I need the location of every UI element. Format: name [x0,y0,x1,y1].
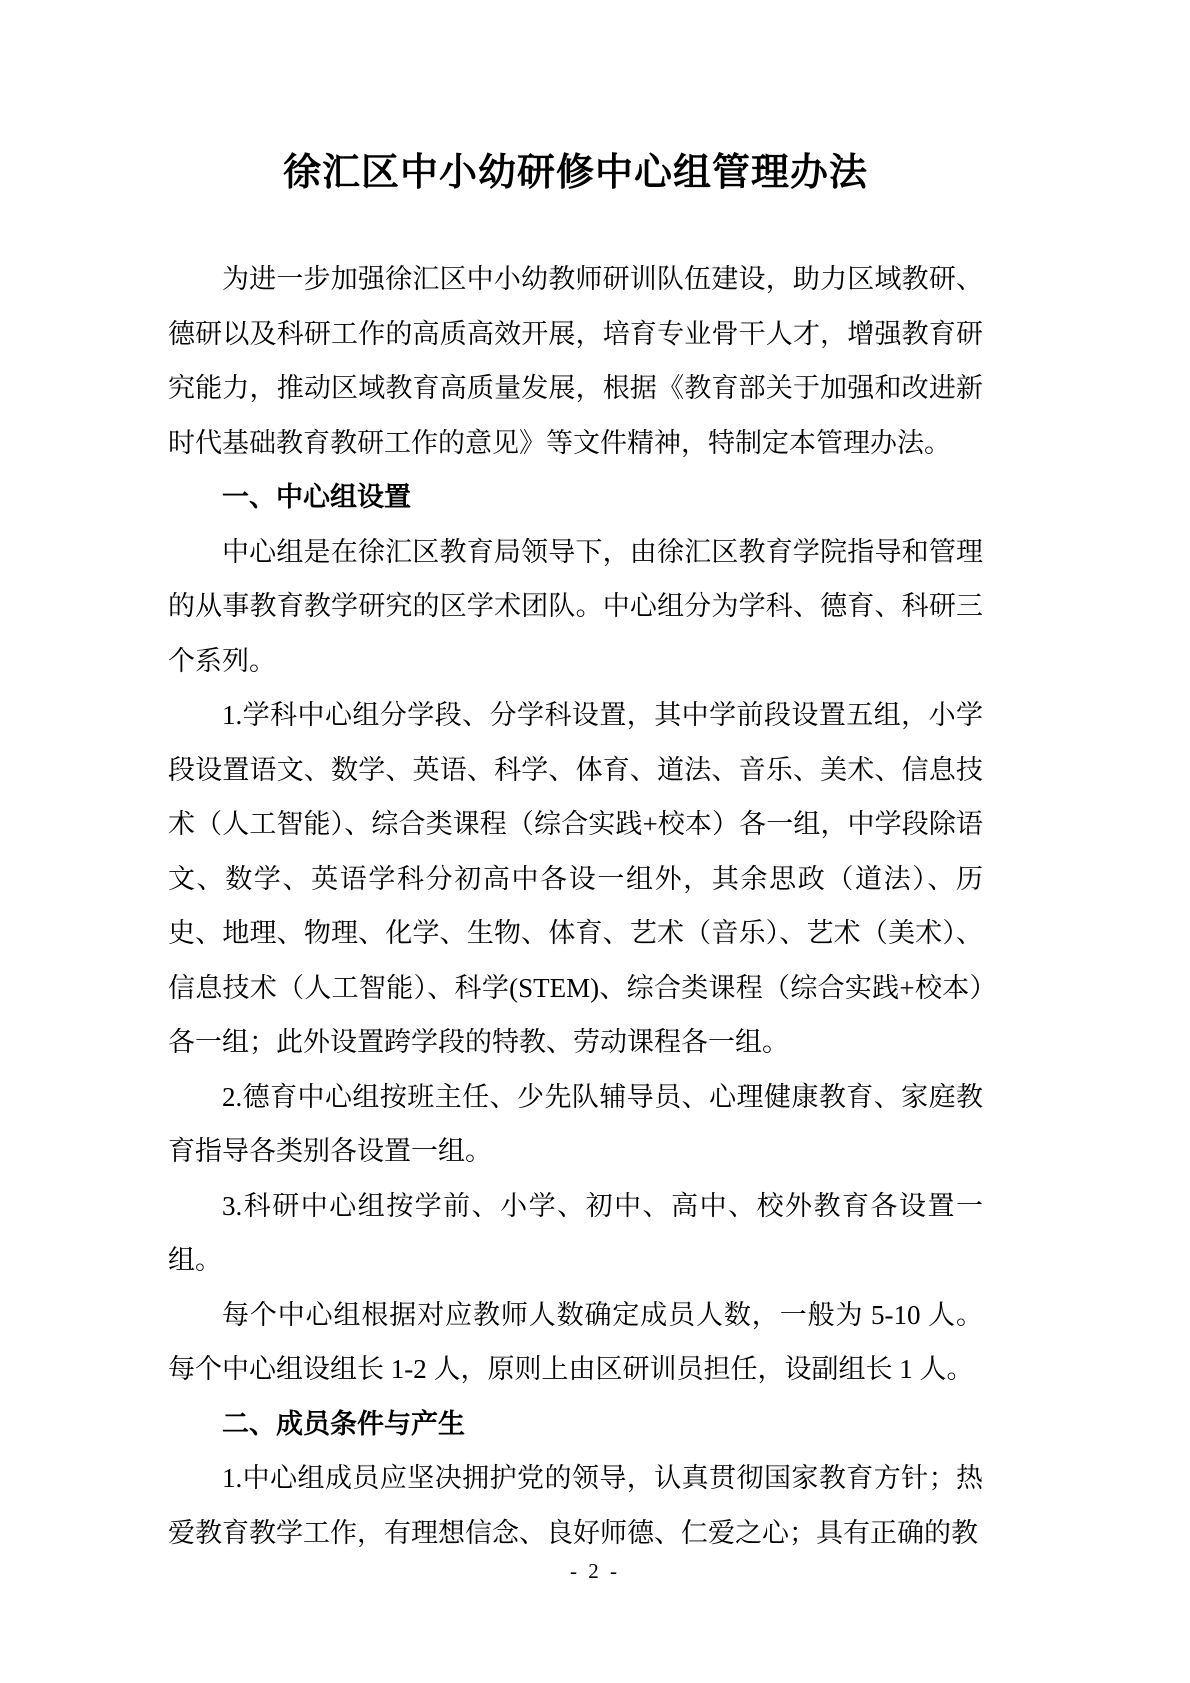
paragraph: 为进一步加强徐汇区中小幼教师研训队伍建设，助力区域教研、德研以及科研工作的高质高… [168,252,983,470]
document-page: 徐汇区中小幼研修中心组管理办法 为进一步加强徐汇区中小幼教师研训队伍建设，助力区… [0,0,1190,1683]
paragraph: 每个中心组根据对应教师人数确定成员人数，一般为 5-10 人。每个中心组设组长 … [168,1288,983,1397]
page-footer: - 2 - [0,1556,1190,1586]
paragraph: 1.中心组成员应坚决拥护党的领导，认真贯彻国家教育方针；热爱教育教学工作，有理想… [168,1451,983,1560]
paragraph: 3.科研中心组按学前、小学、初中、高中、校外教育各设置一组。 [168,1179,983,1288]
document-title: 徐汇区中小幼研修中心组管理办法 [168,148,983,198]
paragraph: 1.学科中心组分学段、分学科设置，其中学前段设置五组，小学段设置语文、数学、英语… [168,688,983,1070]
paragraph: 中心组是在徐汇区教育局领导下，由徐汇区教育学院指导和管理的从事教育教学研究的区学… [168,525,983,689]
paragraph: 一、中心组设置 [168,470,983,525]
paragraph: 2.德育中心组按班主任、少先队辅导员、心理健康教育、家庭教育指导各类别各设置一组… [168,1070,983,1179]
document-body: 为进一步加强徐汇区中小幼教师研训队伍建设，助力区域教研、德研以及科研工作的高质高… [168,252,983,1560]
page-number: - 2 - [570,1559,620,1583]
paragraph: 二、成员条件与产生 [168,1397,983,1452]
